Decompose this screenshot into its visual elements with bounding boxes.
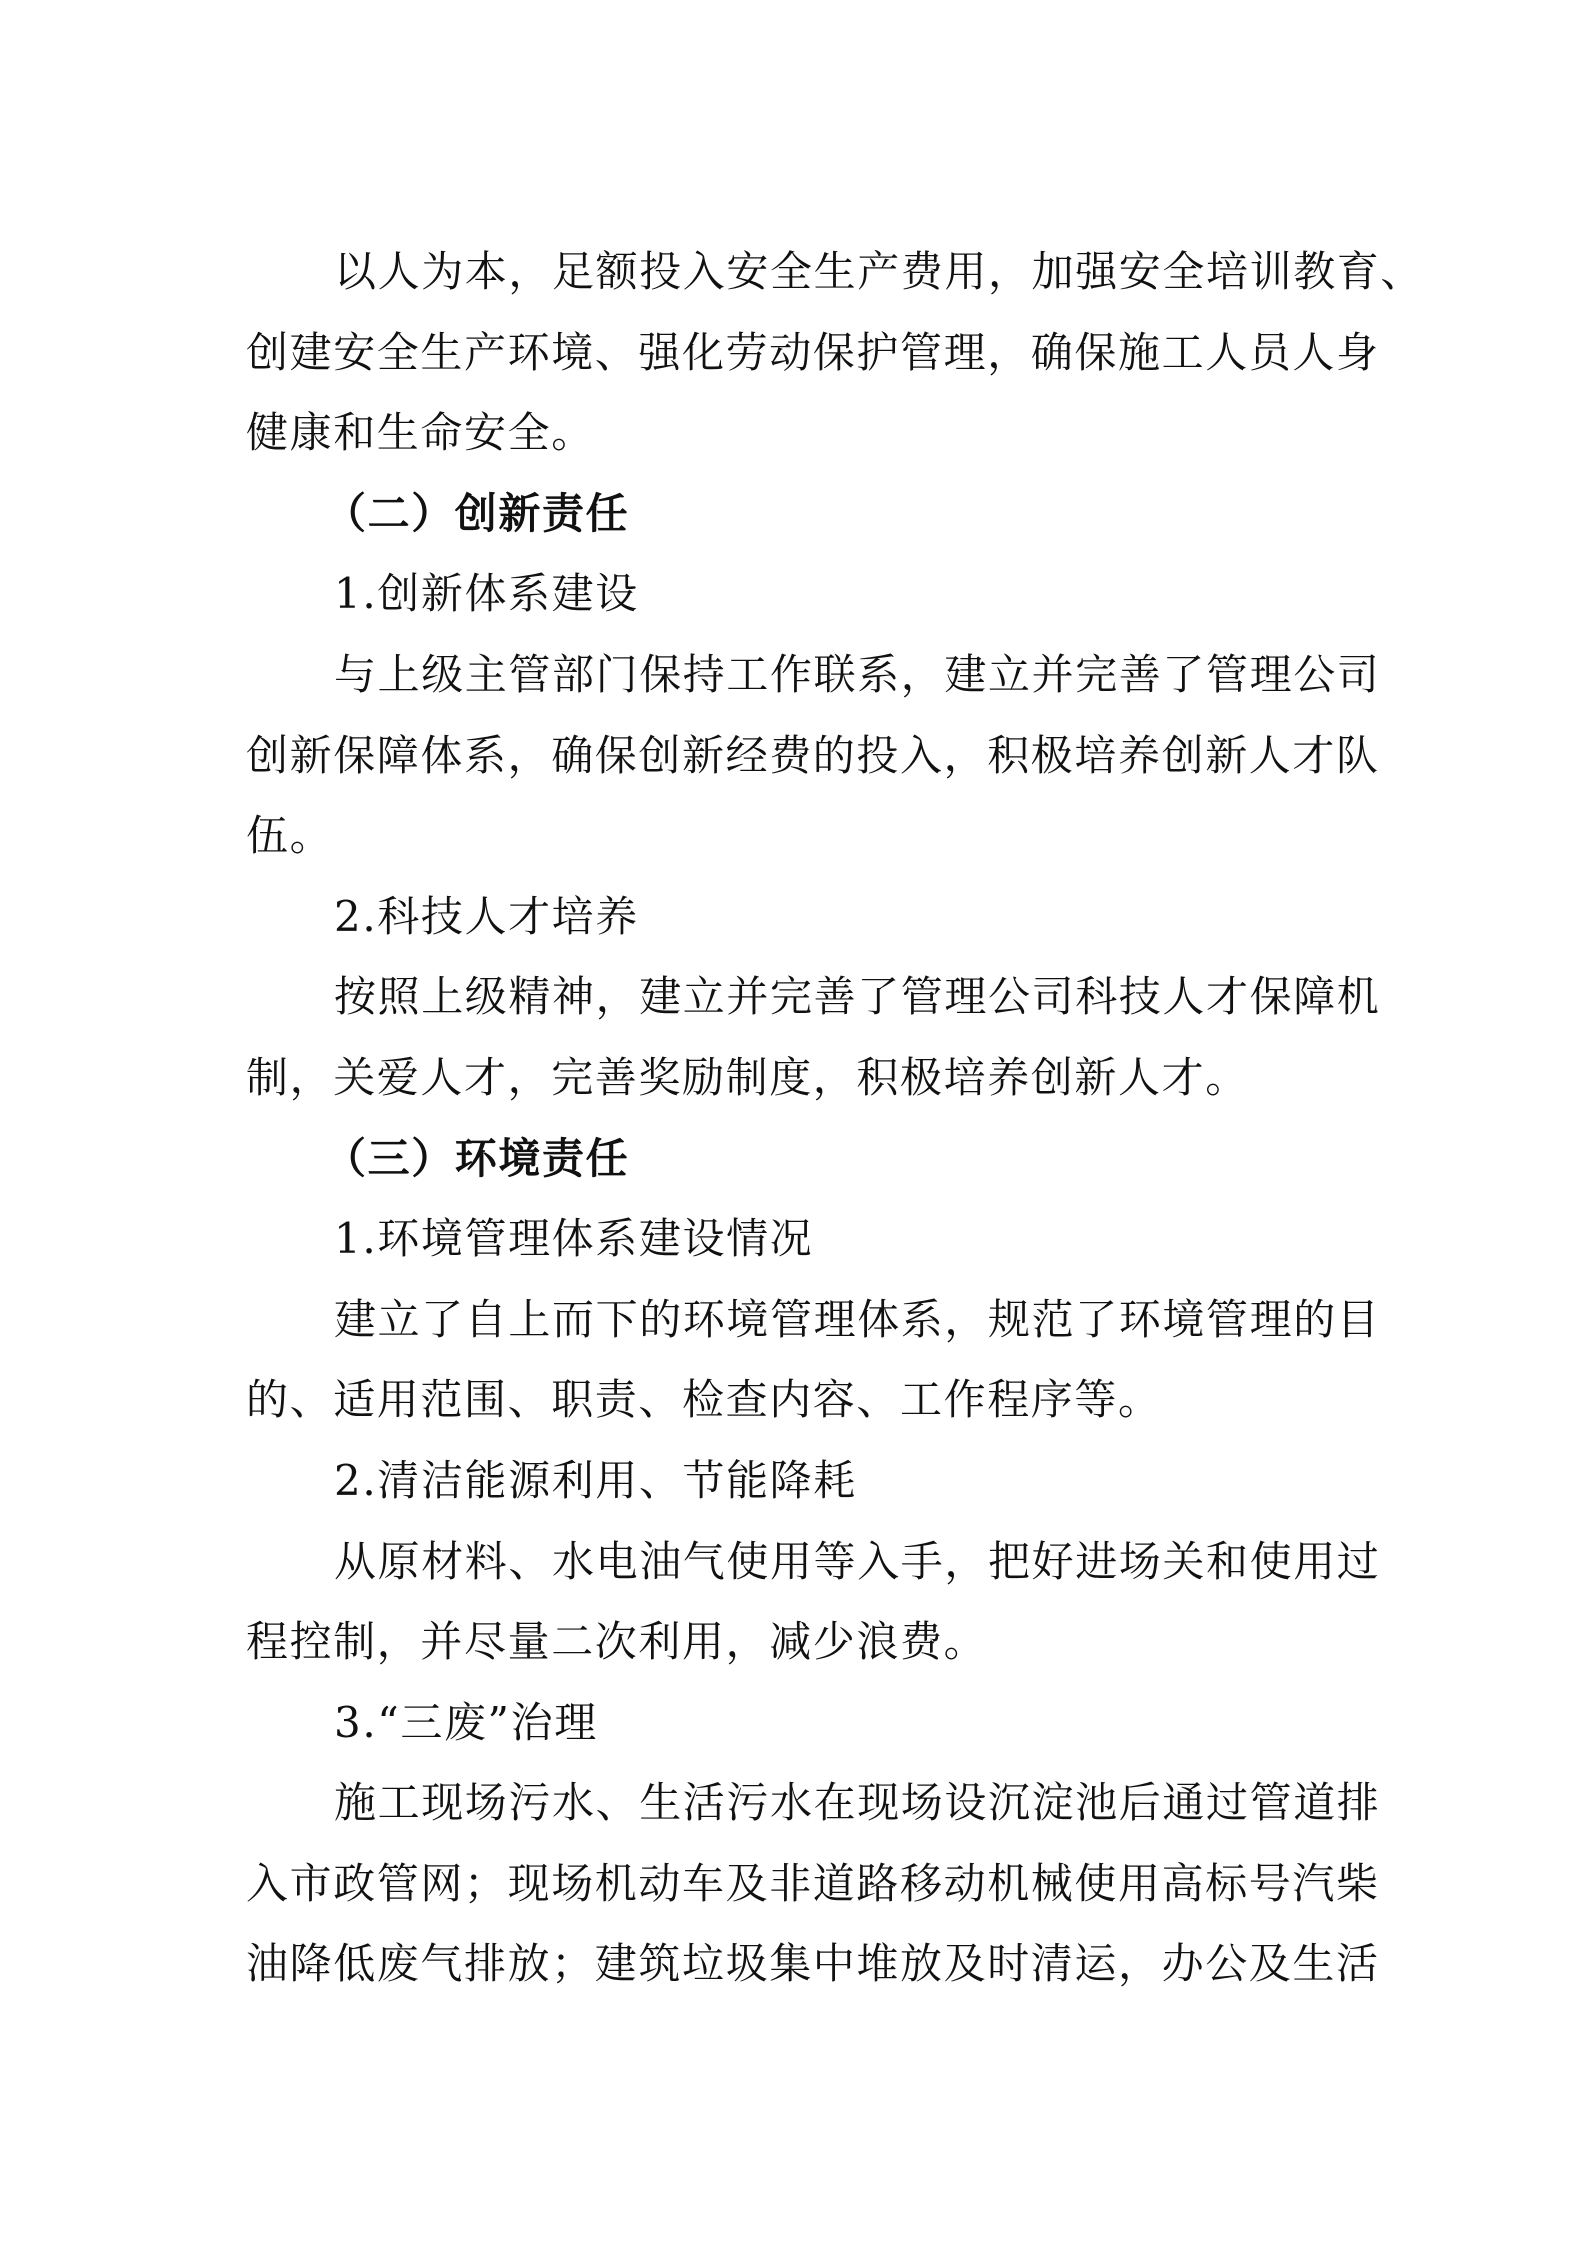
text-line: 制，关爱人才，完善奖励制度，积极培养创新人才。 [246, 1038, 1356, 1119]
text-line: 创新保障体系，确保创新经费的投入，积极培养创新人才队 [246, 716, 1356, 797]
subheading-talent-cultivation: 2.科技人才培养 [246, 877, 1356, 958]
section-heading-environmental-responsibility: （三）环境责任 [246, 1119, 1356, 1200]
paragraph-safety-investment: 以人为本，足额投入安全生产费用，加强安全培训教育、 创建安全生产环境、强化劳动保… [246, 232, 1356, 474]
text-line: 建立了自上而下的环境管理体系，规范了环境管理的目 [246, 1280, 1356, 1361]
text-line: 油降低废气排放；建筑垃圾集中堆放及时清运，办公及生活 [246, 1924, 1356, 2005]
text-line: 的、适用范围、职责、检查内容、工作程序等。 [246, 1360, 1356, 1441]
text-line: 程控制，并尽量二次利用，减少浪费。 [246, 1602, 1356, 1683]
text-line: 按照上级精神，建立并完善了管理公司科技人才保障机 [246, 957, 1356, 1038]
paragraph-innovation-system: 与上级主管部门保持工作联系，建立并完善了管理公司 创新保障体系，确保创新经费的投… [246, 635, 1356, 877]
text-line: 从原材料、水电油气使用等入手，把好进场关和使用过 [246, 1522, 1356, 1603]
paragraph-environmental-management: 建立了自上而下的环境管理体系，规范了环境管理的目 的、适用范围、职责、检查内容、… [246, 1280, 1356, 1441]
subheading-environmental-management: 1.环境管理体系建设情况 [246, 1199, 1356, 1280]
paragraph-talent-cultivation: 按照上级精神，建立并完善了管理公司科技人才保障机 制，关爱人才，完善奖励制度，积… [246, 957, 1356, 1118]
document-page: 以人为本，足额投入安全生产费用，加强安全培训教育、 创建安全生产环境、强化劳动保… [246, 232, 1356, 2005]
text-line: 创建安全生产环境、强化劳动保护管理，确保施工人员人身 [246, 313, 1356, 394]
subheading-three-wastes: 3.“三废”治理 [246, 1683, 1356, 1764]
subheading-innovation-system: 1.创新体系建设 [246, 554, 1356, 635]
paragraph-three-wastes: 施工现场污水、生活污水在现场设沉淀池后通过管道排 入市政管网；现场机动车及非道路… [246, 1763, 1356, 2005]
text-line: 与上级主管部门保持工作联系，建立并完善了管理公司 [246, 635, 1356, 716]
paragraph-clean-energy: 从原材料、水电油气使用等入手，把好进场关和使用过 程控制，并尽量二次利用，减少浪… [246, 1522, 1356, 1683]
text-line: 健康和生命安全。 [246, 393, 1356, 474]
text-line: 施工现场污水、生活污水在现场设沉淀池后通过管道排 [246, 1763, 1356, 1844]
text-line: 以人为本，足额投入安全生产费用，加强安全培训教育、 [246, 232, 1356, 313]
subheading-clean-energy: 2.清洁能源利用、节能降耗 [246, 1441, 1356, 1522]
text-line: 伍。 [246, 796, 1356, 877]
section-heading-innovation-responsibility: （二）创新责任 [246, 474, 1356, 555]
text-line: 入市政管网；现场机动车及非道路移动机械使用高标号汽柴 [246, 1844, 1356, 1925]
